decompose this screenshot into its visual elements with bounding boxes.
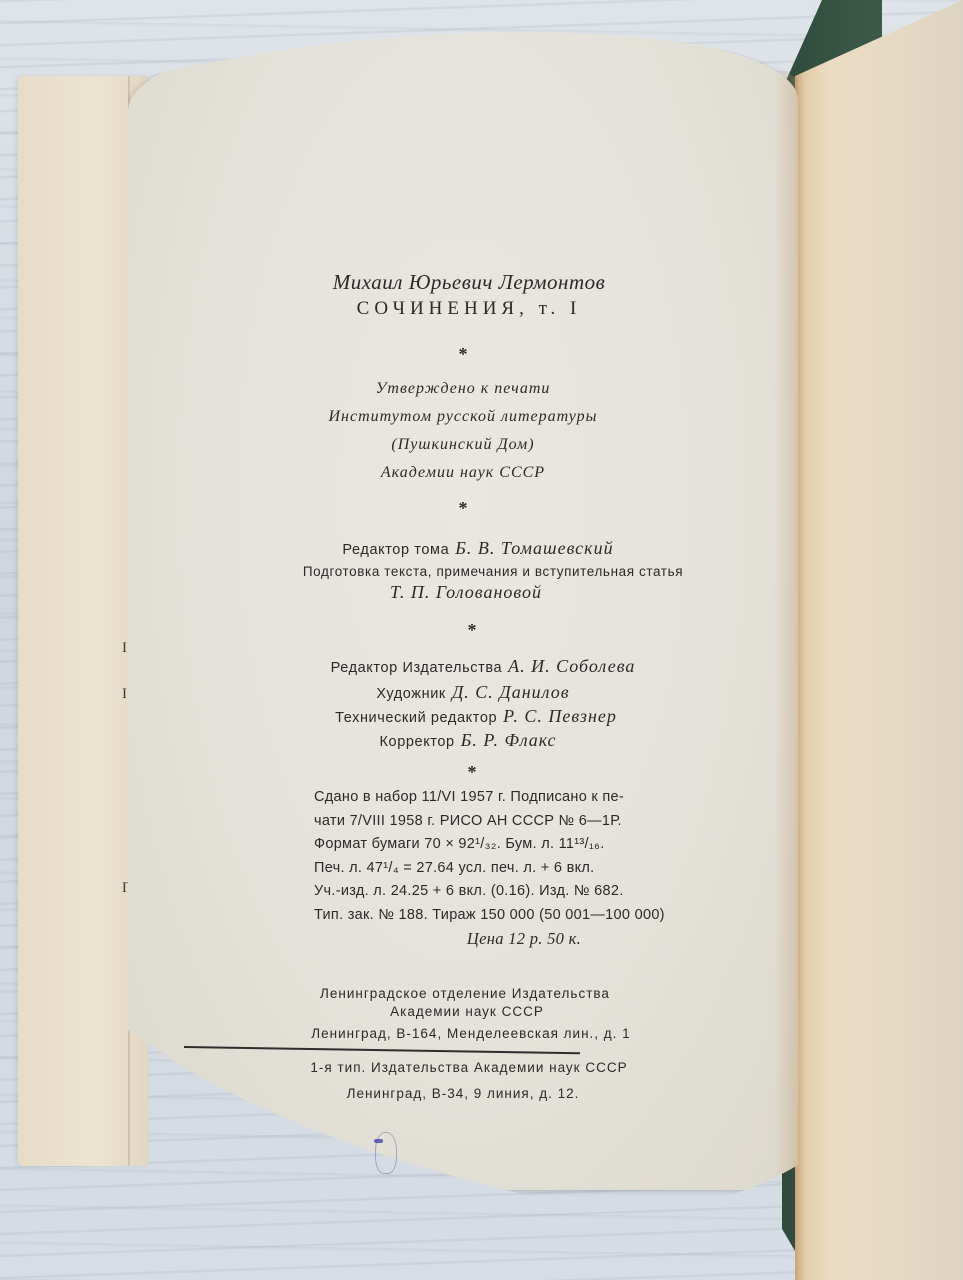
print-detail-line: чати 7/VIII 1958 г. РИСО АН СССР № 6—1Р. [314,810,734,834]
proofreader-credit: КорректорБ. Р. Флакс [128,730,798,751]
book-title: СОЧИНЕНИЯ, т. I [128,298,798,320]
print-detail-line: Тип. зак. № 188. Тираж 150 000 (50 001—1… [314,904,734,928]
credit-name: Б. Р. Флакс [461,730,557,750]
credit-name: А. И. Соболева [508,656,635,676]
credit-role: Технический редактор [335,710,497,726]
volume-editor-credit: Редактор томаБ. В. Томашевский [128,538,798,559]
artist-credit: ХудожникД. С. Данилов [128,682,798,703]
right-facing-page [795,0,963,1280]
price: Цена 12 р. 50 к. [314,927,734,951]
print-detail-line: Уч.-изд. л. 24.25 + 6 вкл. (0.16). Изд. … [314,880,734,904]
publisher-line: Ленинградское отделение Издательства [128,986,798,1001]
publisher-editor-credit: Редактор ИздательстваА. И. Соболева [128,656,798,677]
approval-line: (Пушкинский Дом) [128,436,798,454]
credit-role: Подготовка текста, примечания и вступите… [303,564,683,579]
credit-name: Р. С. Певзнер [503,706,617,726]
approval-line: Институтом русской литературы [128,408,798,426]
credit-name: Т. П. Головановой [390,582,542,602]
publisher-line: Ленинград, В-164, Менделеевская лин., д.… [128,1026,798,1041]
text-preparation-name: Т. П. Головановой [128,582,798,603]
author-name: Михаил Юрьевич Лермонтов [128,270,798,295]
printer-line: 1-я тип. Издательства Академии наук СССР [128,1060,798,1075]
print-details: Сдано в набор 11/VI 1957 г. Подписано к … [314,786,734,951]
publisher-line: Академии наук СССР [128,1004,798,1019]
back-page-glyph: I [122,686,127,703]
credit-name: Д. С. Данилов [452,682,570,702]
handwritten-ink-mark [375,1132,397,1174]
approval-line: Академии наук СССР [128,464,798,482]
printer-line: Ленинград, В-34, 9 линия, д. 12. [128,1086,798,1101]
back-page-glyph: I [122,640,127,657]
photo-scene: I I Г Михаил Юрьевич Лермонтов СОЧИНЕНИЯ… [0,0,963,1280]
credit-role: Художник [376,686,445,702]
approval-line: Утверждено к печати [128,380,798,398]
print-detail-line: Формат бумаги 70 × 92¹/₃₂. Бум. л. 11¹³/… [314,833,734,857]
text-preparation-credit: Подготовка текста, примечания и вступите… [128,564,798,579]
print-detail-line: Печ. л. 47¹/₄ = 27.64 усл. печ. л. + 6 в… [314,857,734,881]
page-text: Михаил Юрьевич Лермонтов СОЧИНЕНИЯ, т. I… [128,0,798,1280]
section-separator: * [128,762,798,783]
technical-editor-credit: Технический редакторР. С. Певзнер [128,706,798,727]
credit-name: Б. В. Томашевский [455,538,613,558]
credit-role: Редактор Издательства [331,660,503,676]
section-separator: * [128,498,798,519]
section-separator: * [128,620,798,641]
credit-role: Редактор тома [342,542,449,558]
credit-role: Корректор [379,734,454,750]
section-separator: * [128,344,798,365]
print-detail-line: Сдано в набор 11/VI 1957 г. Подписано к … [314,786,734,810]
